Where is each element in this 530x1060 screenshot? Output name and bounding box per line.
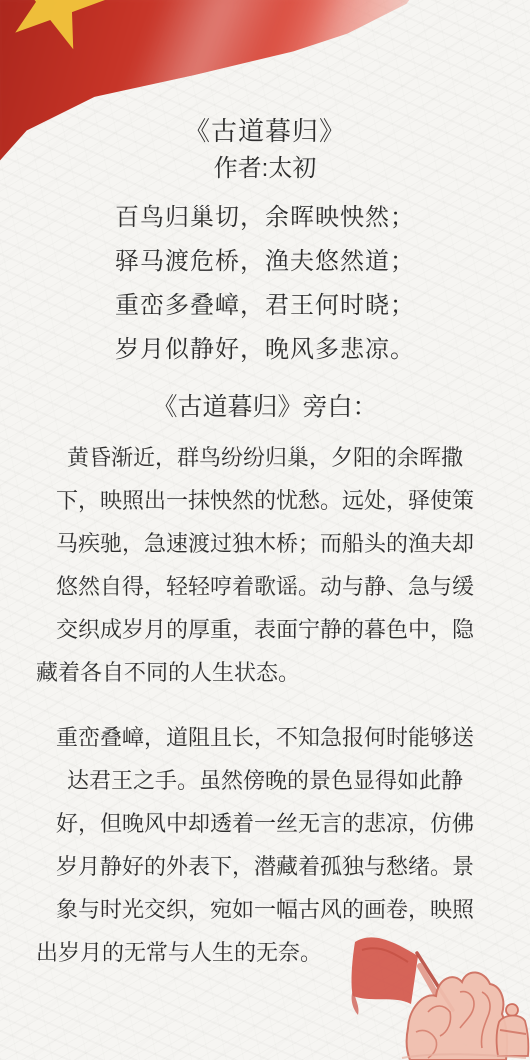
prose-line: 悠然自得，轻轻哼着歌谣。动与静、急与缓 bbox=[36, 565, 494, 608]
seated-soldier-head bbox=[506, 1004, 518, 1016]
flag-raising-soldiers-illustration bbox=[340, 920, 530, 1060]
poem-title: 《古道暮归》 bbox=[0, 116, 530, 146]
narration-paragraph-1: 黄昏渐近，群鸟纷纷归巢，夕阳的余晖撒下，映照出一抹怏然的忧愁。远处，驿使策马疾驰… bbox=[36, 436, 494, 694]
text-content: 《古道暮归》 作者:太初 百鸟归巢切，余晖映怏然；驿马渡危桥，渔夫悠然道；重峦多… bbox=[0, 116, 530, 974]
poem-line: 百鸟归巢切，余晖映怏然； bbox=[0, 196, 530, 240]
prose-line: 好，但晚风中却透着一丝无言的悲凉，仿佛 bbox=[36, 802, 494, 845]
prose-line: 藏着各自不同的人生状态。 bbox=[36, 651, 494, 694]
prose-line: 交织成岁月的厚重，表面宁静的暮色中，隐 bbox=[36, 608, 494, 651]
prose-line: 达君王之手。虽然傍晚的景色显得如此静 bbox=[36, 759, 494, 802]
poem-author: 作者:太初 bbox=[0, 155, 530, 183]
poem-line: 驿马渡危桥，渔夫悠然道； bbox=[0, 240, 530, 284]
poem-line: 重峦多叠嶂，君王何时晓； bbox=[0, 284, 530, 328]
poem-line: 岁月似静好，晚风多悲凉。 bbox=[0, 328, 530, 372]
narration-heading: 《古道暮归》旁白： bbox=[0, 392, 530, 422]
prose-line: 岁月静好的外表下，潜藏着孤独与愁绪。景 bbox=[36, 845, 494, 888]
prose-line: 下，映照出一抹怏然的忧愁。远处，驿使策 bbox=[36, 479, 494, 522]
poem-body: 百鸟归巢切，余晖映怏然；驿马渡危桥，渔夫悠然道；重峦多叠嶂，君王何时晓；岁月似静… bbox=[0, 196, 530, 372]
prose-line: 重峦叠嶂，道阻且长，不知急报何时能够送 bbox=[36, 716, 494, 759]
seated-soldier-body bbox=[497, 1015, 529, 1056]
red-flag-shape bbox=[352, 937, 418, 1004]
poem-card: 《古道暮归》 作者:太初 百鸟归巢切，余晖映怏然；驿马渡危桥，渔夫悠然道；重峦多… bbox=[0, 0, 530, 1060]
prose-line: 马疾驰，急速渡过独木桥；而船头的渔夫却 bbox=[36, 522, 494, 565]
prose-line: 黄昏渐近，群鸟纷纷归巢，夕阳的余晖撒 bbox=[36, 436, 494, 479]
soldier-group bbox=[407, 972, 508, 1060]
